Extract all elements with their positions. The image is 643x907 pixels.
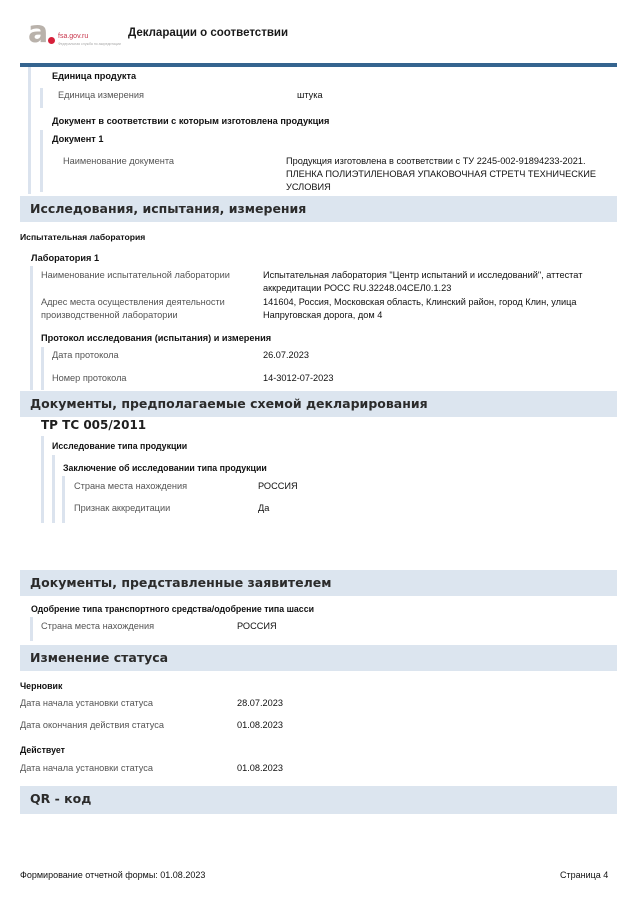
vehicle-type-approval-heading: Одобрение типа транспортного средства/од… (31, 604, 314, 614)
manufacturing-doc-heading: Документ в соответствии с которым изгото… (52, 116, 329, 126)
field-value: Испытательная лаборатория "Центр испытан… (263, 269, 617, 295)
field-value: 01.08.2023 (237, 720, 283, 730)
field-value: РОССИЯ (237, 621, 277, 631)
product-type-study-heading: Исследование типа продукции (52, 441, 187, 451)
field-label: Дата протокола (52, 350, 119, 360)
fsa-logo: a fsa.gov.ru Федеральная служба по аккре… (28, 20, 108, 50)
product-unit-heading: Единица продукта (52, 71, 136, 81)
indent-rule (40, 88, 43, 108)
logo-subtext: Федеральная служба по аккредитации (58, 42, 121, 46)
field-value: Да (258, 503, 269, 513)
section-title: QR - код (30, 791, 91, 806)
field-value: РОССИЯ (258, 481, 298, 491)
top-divider (20, 63, 617, 67)
field-label: Наименование испытательной лаборатории (41, 270, 230, 280)
indent-rule (28, 67, 31, 194)
field-value: 01.08.2023 (237, 763, 283, 773)
field-label: Дата начала установки статуса (20, 698, 153, 708)
logo-dot-icon (48, 37, 55, 44)
field-label: Дата начала установки статуса (20, 763, 153, 773)
indent-rule (52, 455, 55, 523)
section-title: Исследования, испытания, измерения (30, 201, 306, 216)
document-1-heading: Документ 1 (52, 134, 103, 144)
field-label: Страна места нахождения (74, 481, 187, 491)
lab-group-heading: Испытательная лаборатория (20, 232, 145, 242)
section-qr-code: QR - код (20, 786, 617, 814)
field-value: штука (297, 90, 323, 100)
indent-rule (40, 130, 43, 192)
section-title: Документы, предполагаемые схемой деклари… (30, 396, 428, 411)
section-title: Документы, представленные заявителем (30, 575, 332, 590)
section-title: Изменение статуса (30, 650, 168, 665)
protocol-heading: Протокол исследования (испытания) и изме… (41, 333, 271, 343)
indent-rule (41, 436, 44, 523)
conclusion-heading: Заключение об исследовании типа продукци… (63, 463, 267, 473)
field-value: Продукция изготовлена в соответствии с Т… (286, 155, 616, 194)
indent-rule (62, 476, 65, 523)
field-value: 26.07.2023 (263, 350, 309, 360)
field-label: Наименование документа (63, 156, 174, 166)
field-label: Номер протокола (52, 373, 127, 383)
status-draft-heading: Черновик (20, 681, 62, 691)
section-status-change: Изменение статуса (20, 645, 617, 671)
field-label: Дата окончания действия статуса (20, 720, 164, 730)
logo-text: fsa.gov.ru (58, 33, 88, 40)
section-scheme-documents: Документы, предполагаемые схемой деклари… (20, 391, 617, 417)
field-value: 14-3012-07-2023 (263, 373, 334, 383)
field-value: 141604, Россия, Московская область, Клин… (263, 296, 617, 322)
section-research: Исследования, испытания, измерения (20, 196, 617, 222)
lab-1-heading: Лаборатория 1 (31, 253, 99, 263)
field-label: Признак аккредитации (74, 503, 170, 513)
logo-a-icon: a (28, 20, 48, 46)
field-value: 28.07.2023 (237, 698, 283, 708)
field-label: Единица измерения (58, 90, 144, 100)
indent-rule (30, 617, 33, 641)
status-active-heading: Действует (20, 745, 65, 755)
section-applicant-documents: Документы, представленные заявителем (20, 570, 617, 596)
report-generated-date: Формирование отчетной формы: 01.08.2023 (20, 870, 205, 880)
page-header: a fsa.gov.ru Федеральная служба по аккре… (0, 0, 643, 62)
page-number: Страница 4 (560, 870, 608, 880)
field-label: Адрес места осуществления деятельности п… (41, 296, 251, 322)
page-title: Декларации о соответствии (128, 27, 288, 39)
indent-rule (41, 347, 44, 390)
regulation-title: ТР ТС 005/2011 (41, 418, 146, 432)
field-label: Страна места нахождения (41, 621, 154, 631)
indent-rule (30, 266, 33, 390)
